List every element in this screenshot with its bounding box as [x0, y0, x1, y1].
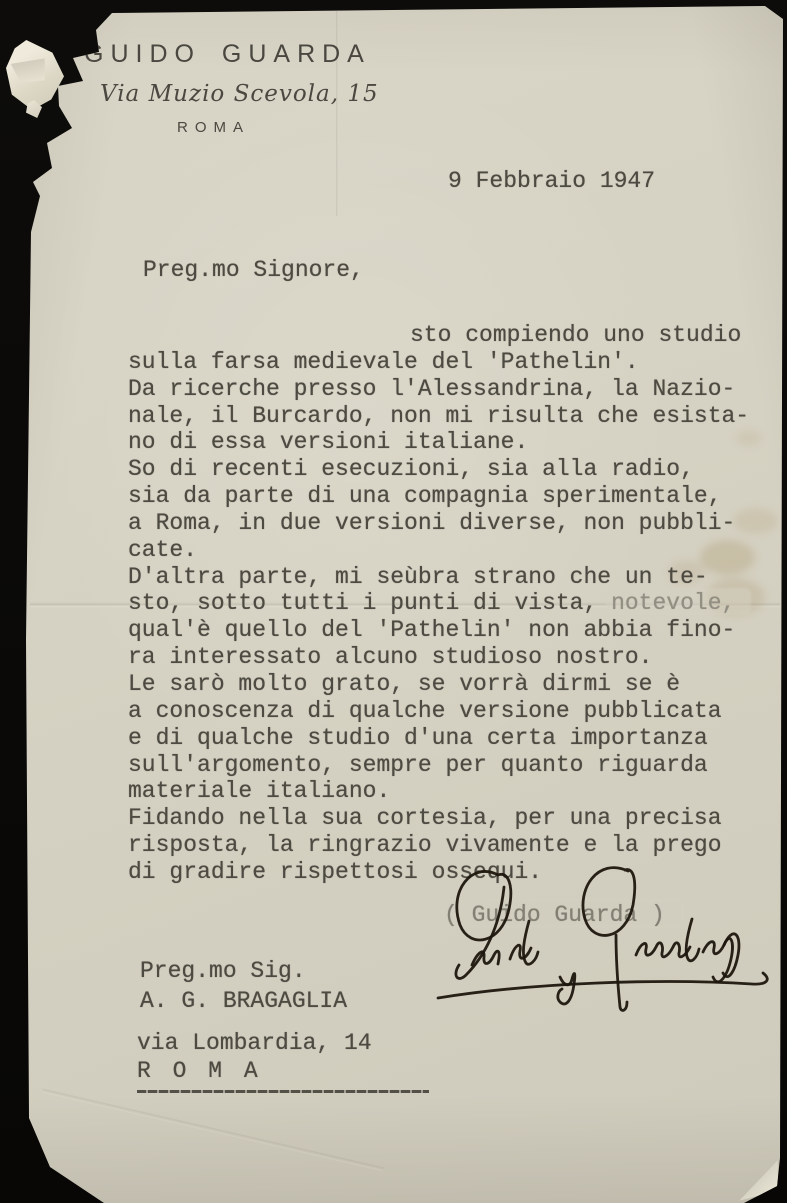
- body-line: D'altra parte, mi seùbra strano che un t…: [128, 564, 749, 591]
- body-line: So di recenti esecuzioni, sia alla radio…: [128, 456, 749, 483]
- body-line: Fidando nella sua cortesia, per una prec…: [128, 805, 749, 832]
- body-line: sto compiendo uno studio: [410, 322, 749, 349]
- paper-crease-vertical: [336, 6, 339, 216]
- recipient-name: A. G. BRAGAGLIA: [140, 988, 347, 1014]
- body-line: sulla farsa medievale del 'Pathelin'.: [128, 349, 749, 376]
- salutation: Preg.mo Signore,: [143, 257, 364, 283]
- body-line: sia da parte di una compagnia sperimenta…: [128, 483, 749, 510]
- faded-ink-patch: [605, 588, 751, 615]
- body-line: cate.: [128, 537, 749, 564]
- body-line: sull'argomento, sempre per quanto riguar…: [128, 752, 749, 779]
- body-line: risposta, la ringrazio vivamente e la pr…: [128, 832, 749, 859]
- letter-paper: GUIDO GUARDA Via Muzio Scevola, 15 ROMA …: [0, 0, 787, 1203]
- letterhead-city: ROMA: [177, 119, 250, 136]
- recipient-underline: [137, 1090, 429, 1093]
- body-line: a Roma, in due versioni diverse, non pub…: [128, 510, 749, 537]
- recipient-city: R O M A: [137, 1058, 262, 1084]
- body-line: e di qualche studio d'una certa importan…: [128, 725, 749, 752]
- body-line: a conoscenza di qualche versione pubblic…: [128, 698, 749, 725]
- recipient-street: via Lombardia, 14: [137, 1030, 372, 1056]
- scanned-letter-photo: GUIDO GUARDA Via Muzio Scevola, 15 ROMA …: [0, 0, 787, 1203]
- faded-ink-patch: [442, 899, 684, 928]
- body-line: qual'è quello del 'Pathelin' non abbia f…: [128, 617, 749, 644]
- folded-corner: [737, 1158, 780, 1203]
- letter-date: 9 Febbraio 1947: [448, 168, 655, 194]
- letterhead-name: GUIDO GUARDA: [84, 40, 371, 69]
- recipient-honorific: Preg.mo Sig.: [140, 958, 306, 984]
- letterhead-street: Via Muzio Scevola, 15: [100, 81, 379, 107]
- body-line: nale, il Burcardo, non mi risulta che es…: [128, 403, 749, 430]
- body-line: ra interessato alcuno studioso nostro.: [128, 644, 749, 671]
- body-line: Le sarò molto grato, se vorrà dirmi se è: [128, 671, 749, 698]
- body-line: no di essa versioni italiane.: [128, 429, 749, 456]
- paper-crease-diagonal: [42, 1089, 384, 1172]
- body-line: materiale italiano.: [128, 778, 749, 805]
- body-line: di gradire rispettosi ossequi.: [128, 859, 749, 886]
- body-line: Da ricerche presso l'Alessandrina, la Na…: [128, 376, 749, 403]
